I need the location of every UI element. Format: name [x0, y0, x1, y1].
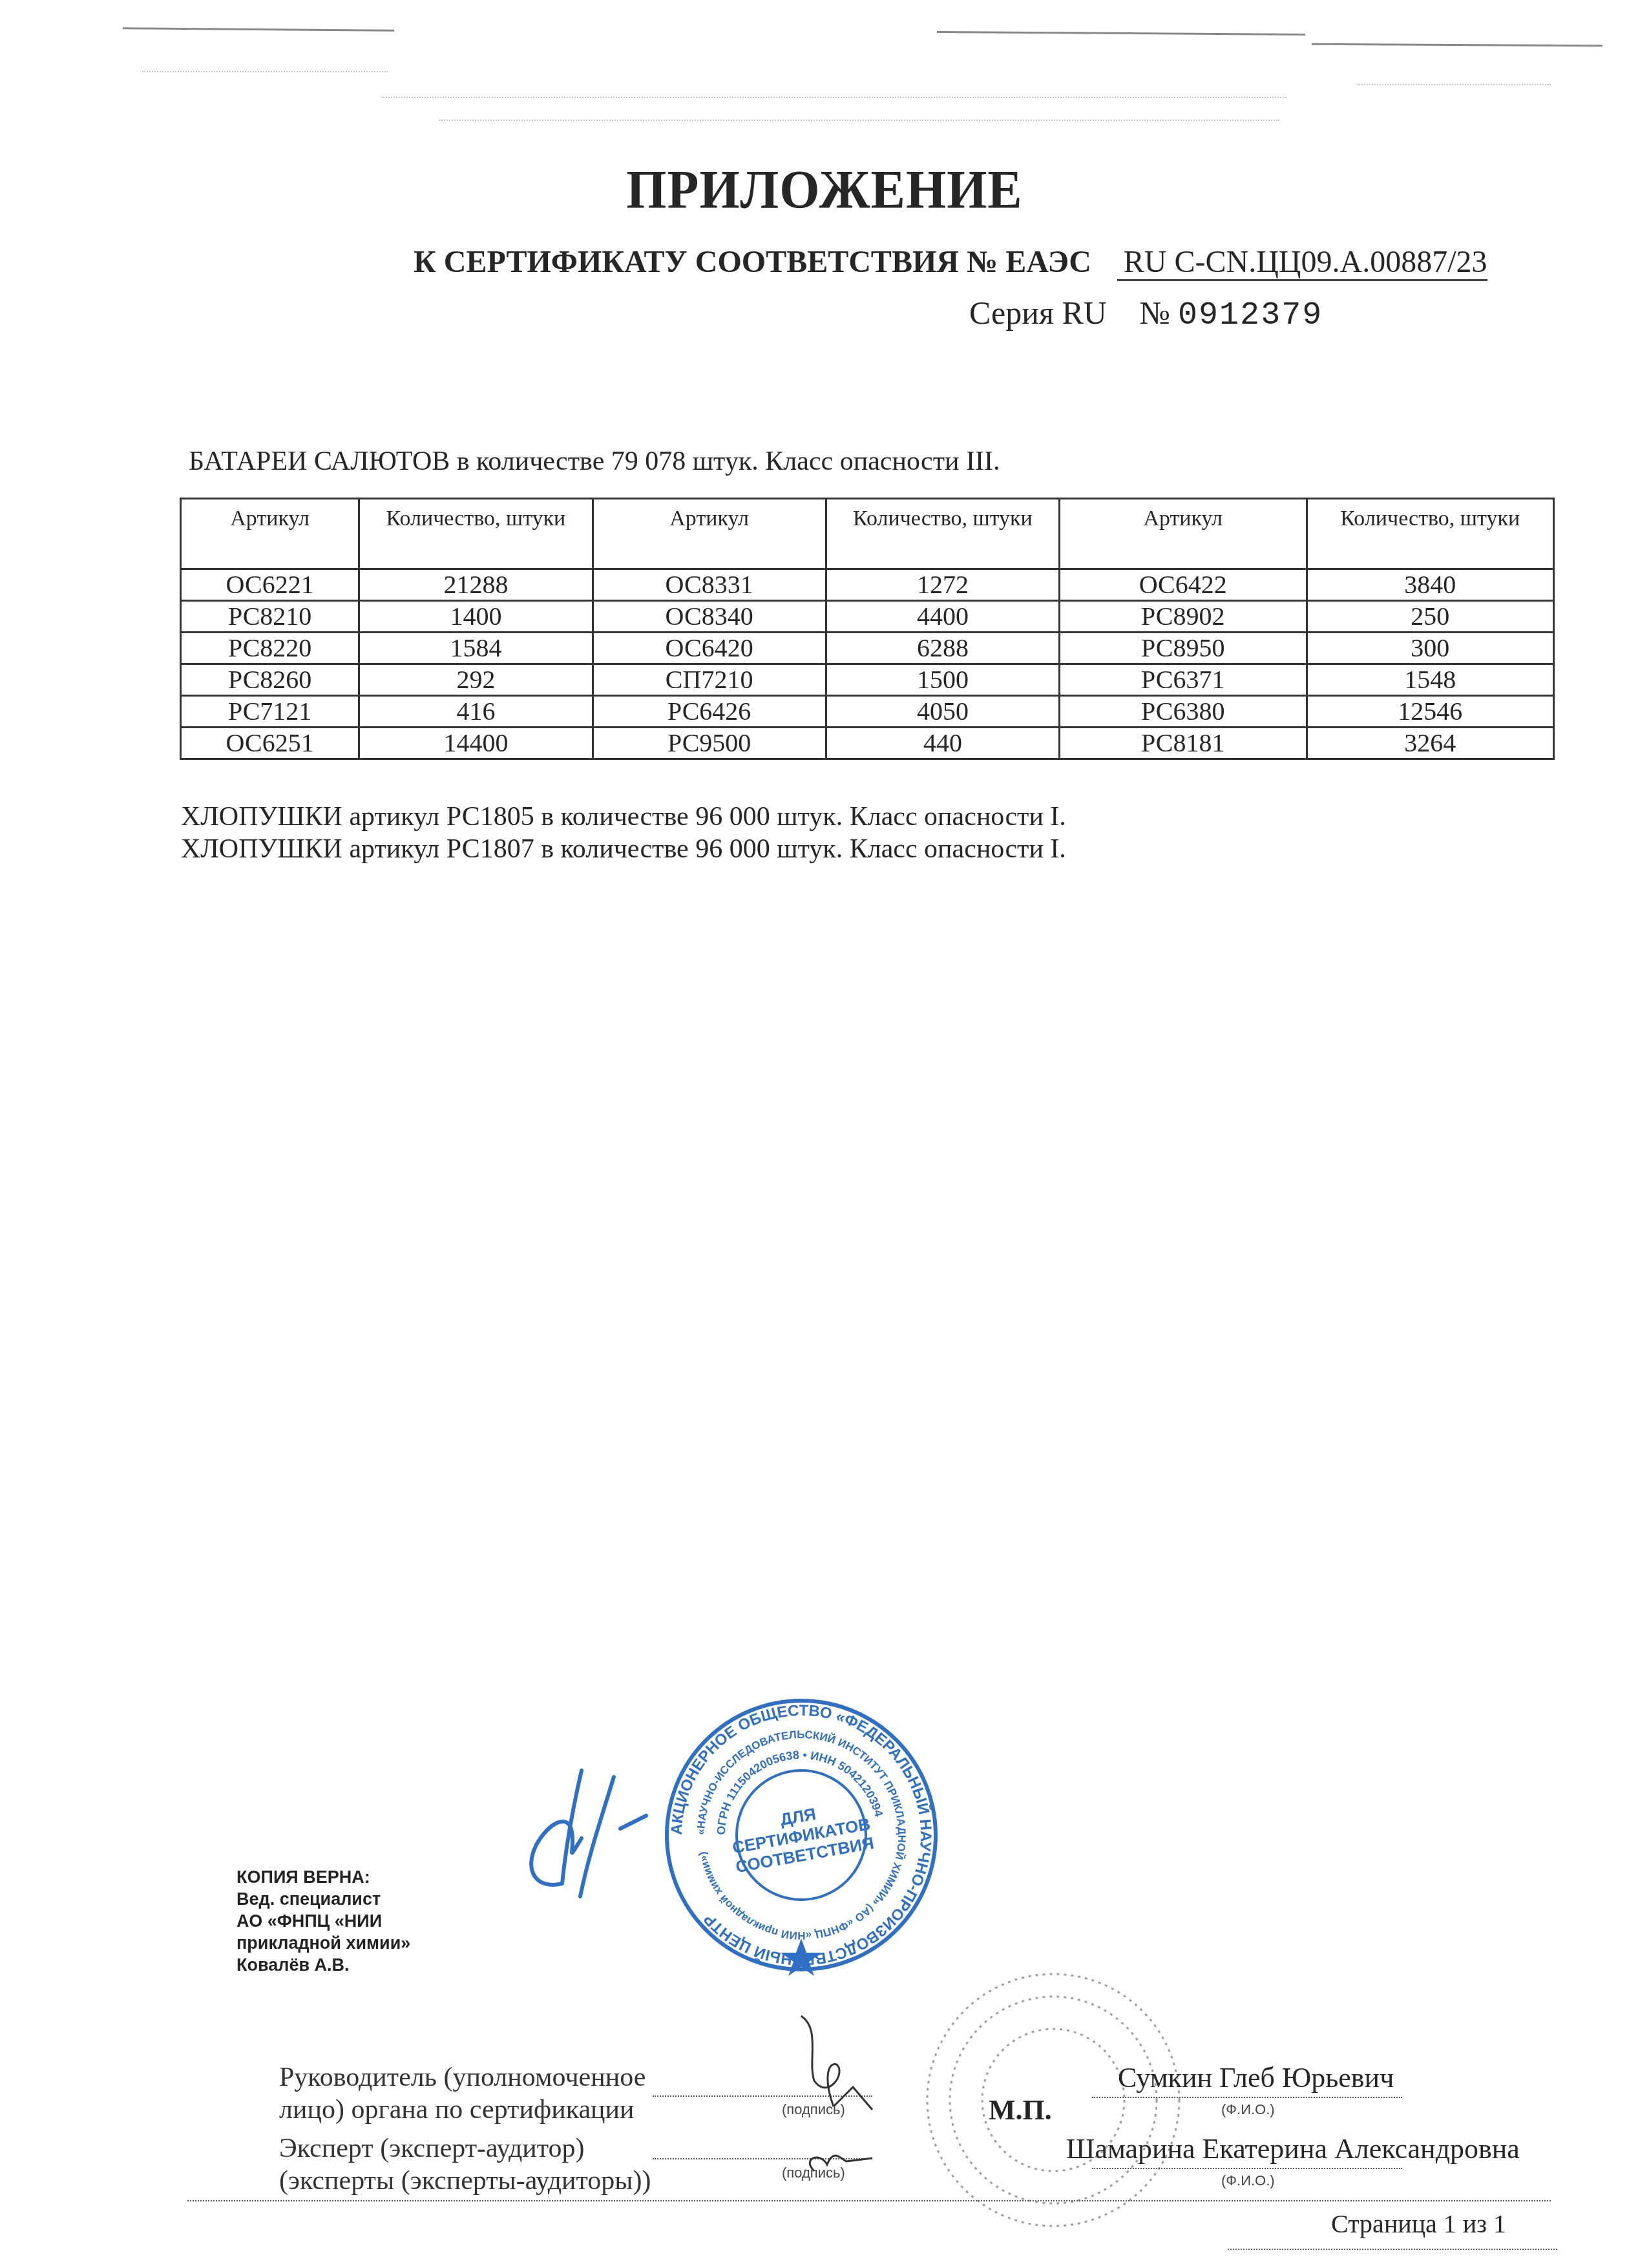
quantity-cell: 12546	[1307, 696, 1554, 728]
table-row: РС82201584ОС64206288РС8950300	[181, 633, 1554, 664]
article-cell: РС8902	[1060, 601, 1307, 633]
col-header: Количество, штуки	[1307, 499, 1554, 569]
series-value: RU	[1062, 295, 1106, 331]
series-label: Серия	[969, 295, 1054, 331]
expert-name: Шамарина Екатерина Александровна	[1066, 2132, 1520, 2165]
expert-label-line: (эксперты (эксперты-аудиторы))	[279, 2165, 651, 2197]
expert-fio-caption: (Ф.И.О.)	[1221, 2172, 1275, 2189]
col-header: Артикул	[593, 499, 826, 569]
quantity-cell: 21288	[359, 569, 593, 601]
footer-bottom-line	[1228, 2249, 1557, 2250]
article-cell: ОС6251	[181, 728, 359, 759]
quantity-cell: 1584	[359, 633, 593, 664]
subtitle-prefix: К СЕРТИФИКАТУ СООТВЕТСТВИЯ № ЕАЭС	[414, 245, 1091, 279]
article-cell: РС8220	[181, 633, 359, 664]
page-number: Страница 1 из 1	[1331, 2209, 1506, 2239]
table-header-row: Артикул Количество, штуки Артикул Количе…	[181, 499, 1554, 569]
form-series: Серия RU № 0912379	[969, 294, 1323, 334]
quantity-cell: 440	[826, 728, 1059, 759]
article-cell: ОС8331	[593, 569, 826, 601]
col-header: Артикул	[181, 499, 359, 569]
article-cell: РС8950	[1060, 633, 1307, 664]
certificate-subtitle: К СЕРТИФИКАТУ СООТВЕТСТВИЯ № ЕАЭСRU C-CN…	[414, 244, 1487, 280]
col-header: Количество, штуки	[826, 499, 1059, 569]
expert-fio-line	[1092, 2168, 1402, 2169]
copy-signature	[510, 1761, 659, 1903]
table-row: ОС622121288ОС83311272ОС64223840	[181, 569, 1554, 601]
expert-label-line: Эксперт (эксперт-аудитор)	[279, 2132, 651, 2165]
table-row: ОС625114400РС9500440РС81813264	[181, 728, 1554, 759]
article-cell: ОС6221	[181, 569, 359, 601]
head-label-line: Руководитель (уполномоченное	[279, 2061, 646, 2094]
crackers-line-2: ХЛОПУШКИ артикул РС1807 в количестве 96 …	[181, 834, 1066, 865]
seal-mark: М.П.	[989, 2094, 1052, 2126]
quantity-cell: 3264	[1307, 728, 1554, 759]
copy-certification: КОПИЯ ВЕРНА: Вед. специалист АО «ФНПЦ «Н…	[236, 1866, 410, 1976]
table-row: РС7121416РС64264050РС638012546	[181, 696, 1554, 728]
copy-line: КОПИЯ ВЕРНА:	[236, 1866, 410, 1888]
table-row: РС82101400ОС83404400РС8902250	[181, 601, 1554, 633]
quantity-cell: 4050	[826, 696, 1059, 728]
quantity-cell: 4400	[826, 601, 1059, 633]
copy-line: АО «ФНПЦ «НИИ	[236, 1910, 410, 1932]
head-fio-caption: (Ф.И.О.)	[1221, 2101, 1275, 2118]
quantity-cell: 3840	[1307, 569, 1554, 601]
handwritten-signatures	[762, 2003, 892, 2184]
article-cell: РС6426	[593, 696, 826, 728]
quantity-cell: 1548	[1307, 664, 1554, 696]
faint-stamp	[918, 1964, 1189, 2236]
quantity-cell: 416	[359, 696, 593, 728]
footer-line	[187, 2200, 1551, 2201]
head-label: Руководитель (уполномоченное лицо) орган…	[279, 2061, 646, 2126]
article-cell: РС8260	[181, 664, 359, 696]
article-cell: СП7210	[593, 664, 826, 696]
article-cell: РС6380	[1060, 696, 1307, 728]
head-name: Сумкин Глеб Юрьевич	[1118, 2061, 1394, 2094]
quantity-cell: 1272	[826, 569, 1059, 601]
form-number: 0912379	[1178, 297, 1323, 334]
quantity-cell: 292	[359, 664, 593, 696]
batteries-table: Артикул Количество, штуки Артикул Количе…	[180, 498, 1555, 760]
col-header: Артикул	[1060, 499, 1307, 569]
number-label: №	[1139, 295, 1170, 331]
organization-stamp: АКЦИОНЕРНОЕ ОБЩЕСТВО «ФЕДЕРАЛЬНЫЙ НАУЧНО…	[659, 1693, 943, 1977]
crackers-line-1: ХЛОПУШКИ артикул РС1805 в количестве 96 …	[181, 801, 1066, 832]
expert-label: Эксперт (эксперт-аудитор) (эксперты (экс…	[279, 2132, 651, 2197]
table-body: ОС622121288ОС83311272ОС64223840РС8210140…	[181, 569, 1554, 759]
copy-line: Вед. специалист	[236, 1888, 410, 1910]
batteries-intro: БАТАРЕИ САЛЮТОВ в количестве 79 078 штук…	[189, 446, 1000, 477]
quantity-cell: 1400	[359, 601, 593, 633]
quantity-cell: 6288	[826, 633, 1059, 664]
article-cell: РС8181	[1060, 728, 1307, 759]
article-cell: РС7121	[181, 696, 359, 728]
quantity-cell: 14400	[359, 728, 593, 759]
article-cell: РС8210	[181, 601, 359, 633]
quantity-cell: 1500	[826, 664, 1059, 696]
quantity-cell: 300	[1307, 633, 1554, 664]
copy-line: Ковалёв А.В.	[236, 1954, 410, 1976]
table-row: РС8260292СП72101500РС63711548	[181, 664, 1554, 696]
head-fio-line	[1092, 2097, 1402, 2098]
head-label-line: лицо) органа по сертификации	[279, 2094, 646, 2126]
article-cell: РС9500	[593, 728, 826, 759]
article-cell: ОС6422	[1060, 569, 1307, 601]
article-cell: РС6371	[1060, 664, 1307, 696]
document-title: ПРИЛОЖЕНИЕ	[0, 160, 1649, 222]
copy-line: прикладной химии»	[236, 1932, 410, 1954]
quantity-cell: 250	[1307, 601, 1554, 633]
certificate-number: RU C-CN.ЦЦ09.А.00887/23	[1117, 245, 1487, 281]
col-header: Количество, штуки	[359, 499, 593, 569]
article-cell: ОС8340	[593, 601, 826, 633]
article-cell: ОС6420	[593, 633, 826, 664]
